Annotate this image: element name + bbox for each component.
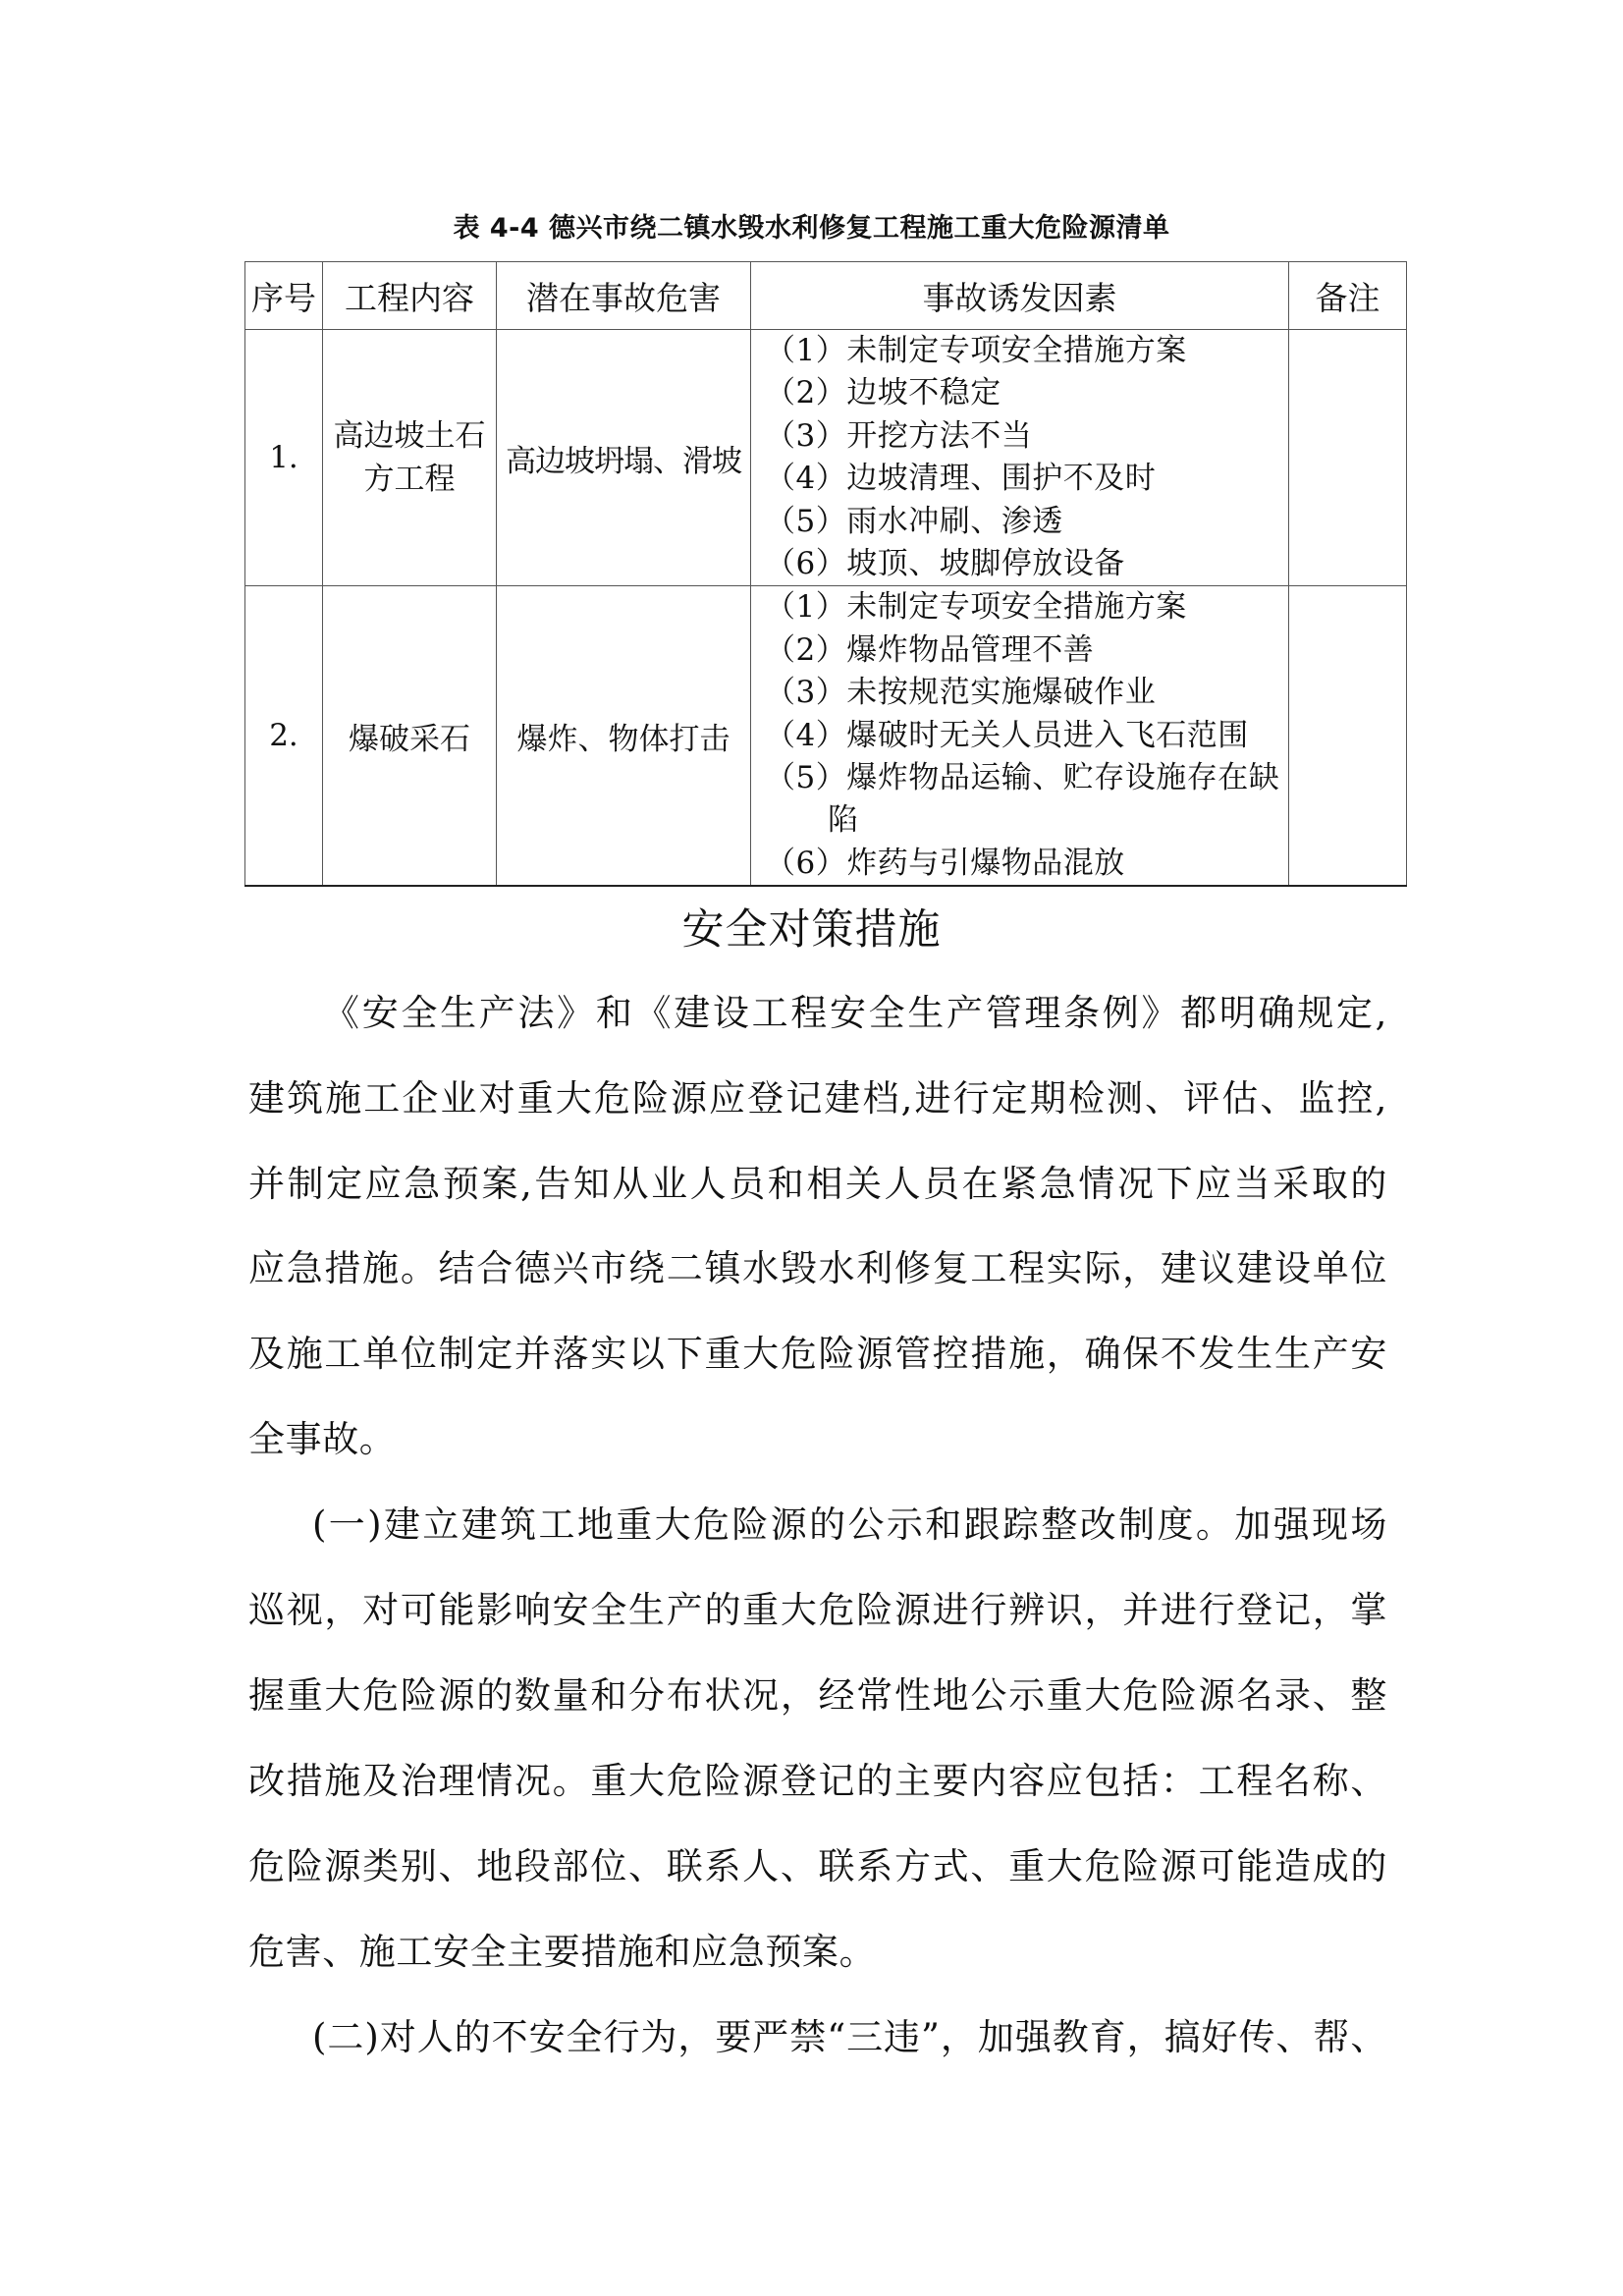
table-row: 2. 爆破采石 爆炸、物体打击 （1）未制定专项安全措施方案 （2）爆炸物品管理… [245,586,1407,886]
factor-item: （4）边坡清理、围护不及时 [765,458,1288,500]
factor-item: （6）坡顶、坡脚停放设备 [765,543,1288,585]
header-content: 工程内容 [323,262,497,330]
body-line: 全事故。 [248,1417,1387,1462]
body-line: 改措施及治理情况。重大危险源登记的主要内容应包括：工程名称、 [248,1759,1387,1804]
row-content: 爆破采石 [323,586,497,886]
factor-item: （4）爆破时无关人员进入飞石范围 [765,715,1288,757]
factor-item: （2）爆炸物品管理不善 [765,629,1288,672]
row-content-text: 高边坡土石方工程 [331,414,488,501]
row-index: 2. [245,586,323,886]
body-line: (二)对人的不安全行为，要严禁“三违”，加强教育，搞好传、帮、 [312,2015,1387,2060]
table-header-row: 序号 工程内容 潜在事故危害 事故诱发因素 备注 [245,262,1407,330]
row-factors: （1）未制定专项安全措施方案 （2）爆炸物品管理不善 （3）未按规范实施爆破作业… [751,586,1289,886]
body-line: 《安全生产法》和《建设工程安全生产管理条例》都明确规定, [323,991,1387,1036]
body-line: 建筑施工企业对重大危险源应登记建档,进行定期检测、评估、监控, [248,1076,1387,1121]
body-line: 及施工单位制定并落实以下重大危险源管控措施，确保不发生生产安 [248,1332,1387,1377]
row-index: 1. [245,330,323,586]
hazard-source-table: 序号 工程内容 潜在事故危害 事故诱发因素 备注 1. 高边坡土石方工程 高边坡… [244,261,1407,887]
body-line: 危险源类别、地段部位、联系人、联系方式、重大危险源可能造成的 [248,1844,1387,1889]
factor-item: （3）未按规范实施爆破作业 [765,672,1288,714]
body-line: 并制定应急预案,告知从业人员和相关人员在紧急情况下应当采取的 [248,1162,1387,1207]
factor-item: （5）爆炸物品运输、贮存设施存在缺陷 [765,757,1288,843]
row-content: 高边坡土石方工程 [323,330,497,586]
row-factors: （1）未制定专项安全措施方案 （2）边坡不稳定 （3）开挖方法不当 （4）边坡清… [751,330,1289,586]
header-remark: 备注 [1289,262,1407,330]
factor-item: （6）炸药与引爆物品混放 [765,843,1288,885]
factor-item: （3）开挖方法不当 [765,415,1288,458]
factor-item: （5）雨水冲刷、渗透 [765,501,1288,543]
header-factors: 事故诱发因素 [751,262,1289,330]
body-line: 应急措施。结合德兴市绕二镇水毁水利修复工程实际，建议建设单位 [248,1246,1387,1291]
factor-item: （1）未制定专项安全措施方案 [765,586,1288,629]
factor-list: （1）未制定专项安全措施方案 （2）边坡不稳定 （3）开挖方法不当 （4）边坡清… [765,330,1288,585]
factor-item: （2）边坡不稳定 [765,372,1288,414]
body-line: 握重大危险源的数量和分布状况，经常性地公示重大危险源名录、整 [248,1673,1387,1719]
row-remark [1289,586,1407,886]
body-line: (一)建立建筑工地重大危险源的公示和跟踪整改制度。加强现场 [312,1503,1387,1548]
factor-item: （1）未制定专项安全措施方案 [765,330,1288,372]
row-hazard: 高边坡坍塌、滑坡 [497,330,751,586]
body-line: 巡视，对可能影响安全生产的重大危险源进行辨识，并进行登记，掌 [248,1588,1387,1633]
table-row: 1. 高边坡土石方工程 高边坡坍塌、滑坡 （1）未制定专项安全措施方案 （2）边… [245,330,1407,586]
section-heading: 安全对策措施 [0,905,1623,955]
table-caption: 表 4-4 德兴市绕二镇水毁水利修复工程施工重大危险源清单 [0,210,1623,247]
body-line: 危害、施工安全主要措施和应急预案。 [248,1930,1387,1975]
header-index: 序号 [245,262,323,330]
header-hazard: 潜在事故危害 [497,262,751,330]
row-hazard: 爆炸、物体打击 [497,586,751,886]
factor-list: （1）未制定专项安全措施方案 （2）爆炸物品管理不善 （3）未按规范实施爆破作业… [765,586,1288,885]
row-remark [1289,330,1407,586]
